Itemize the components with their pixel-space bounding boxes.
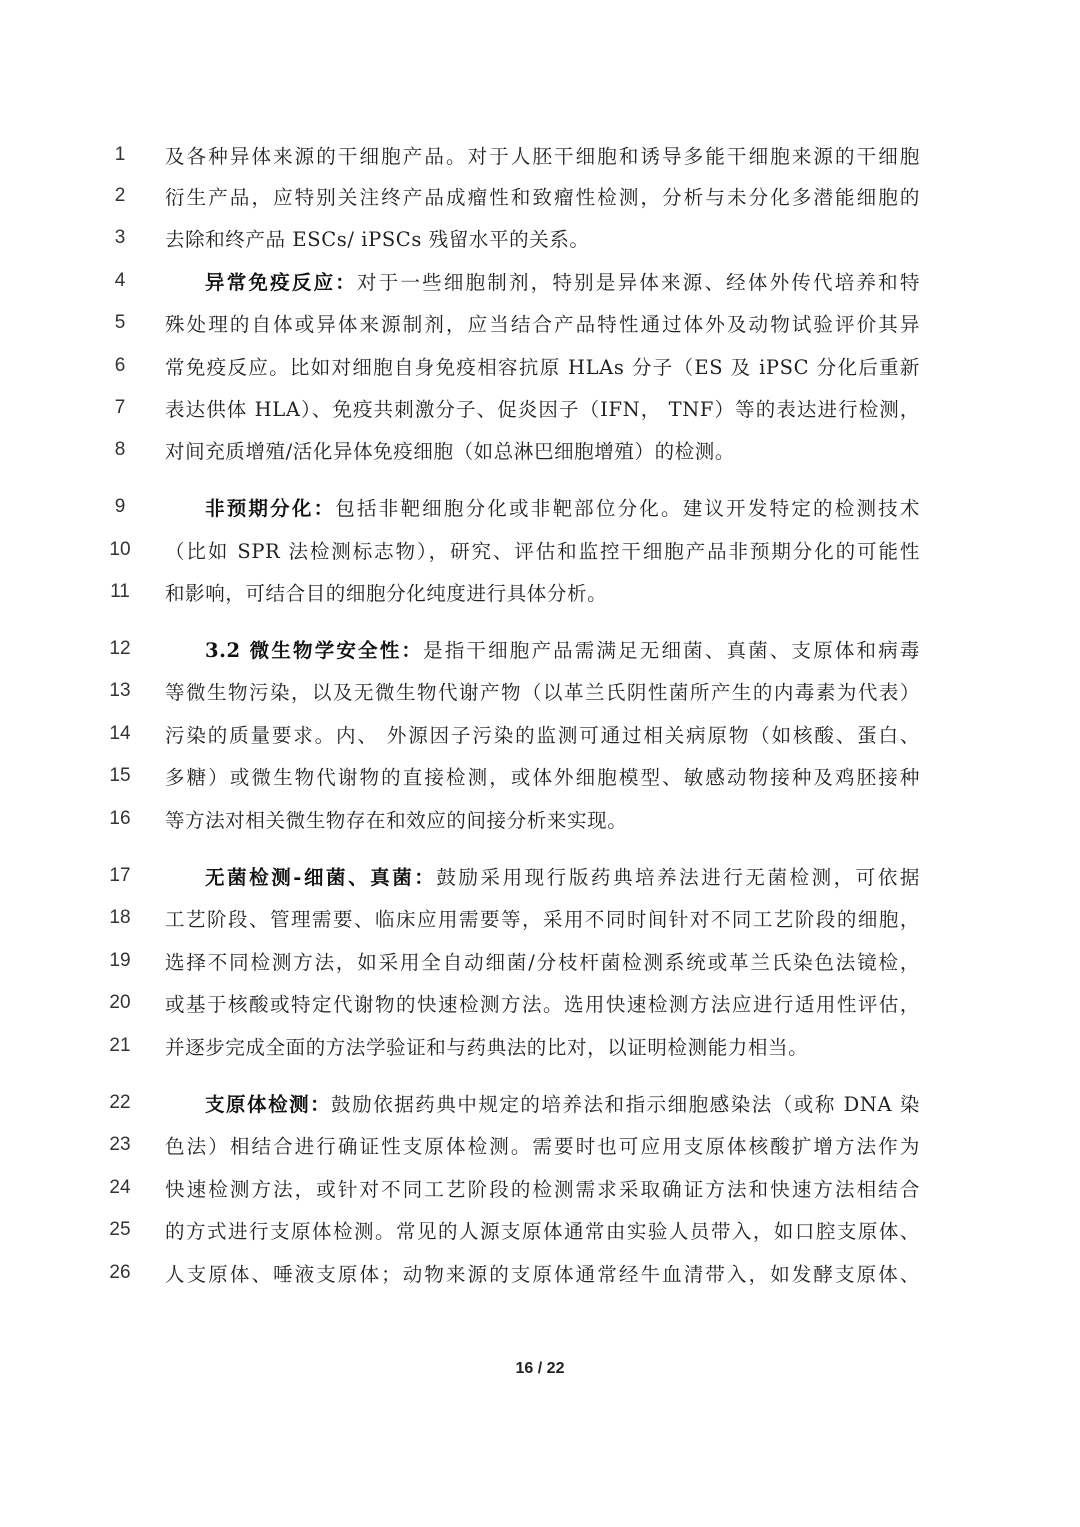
line-text: 色法）相结合进行确证性支原体检测。需要时也可应用支原体核酸扩增方法作为: [165, 1131, 920, 1159]
document-line: 18工艺阶段、管理需要、临床应用需要等，采用不同时间针对不同工艺阶段的细胞，: [0, 898, 1080, 938]
document-line: 11和影响，可结合目的细胞分化纯度进行具体分析。: [0, 572, 1080, 612]
line-content: 并逐步完成全面的方法学验证和与药典法的比对，以证明检测能力相当。: [165, 1036, 808, 1059]
line-content: 的方式进行支原体检测。常见的人源支原体通常由实验人员带入，如口腔支原体、: [165, 1220, 920, 1243]
line-text: 或基于核酸或特定代谢物的快速检测方法。选用快速检测方法应进行适用性评估，: [165, 989, 920, 1017]
line-content: 常免疫反应。比如对细胞自身免疫相容抗原 HLAs 分子（ES 及 iPSC 分化…: [165, 356, 920, 379]
line-number: 18: [100, 907, 140, 929]
line-content: 色法）相结合进行确证性支原体检测。需要时也可应用支原体核酸扩增方法作为: [165, 1135, 920, 1158]
line-number: 17: [100, 865, 140, 887]
line-text: 选择不同检测方法，如采用全自动细菌/分枝杆菌检测系统或革兰氏染色法镜检，: [165, 947, 920, 975]
line-content: 快速检测方法，或针对不同工艺阶段的检测需求采取确证方法和快速方法相结合: [165, 1178, 920, 1201]
line-number: 22: [100, 1092, 140, 1114]
line-content: 对于一些细胞制剂，特别是异体来源、经体外传代培养和特: [357, 271, 920, 294]
line-text: 快速检测方法，或针对不同工艺阶段的检测需求采取确证方法和快速方法相结合: [165, 1174, 920, 1202]
line-text: 多糖）或微生物代谢物的直接检测，或体外细胞模型、敏感动物接种及鸡胚接种: [165, 762, 920, 790]
paragraph-first-line: 非预期分化：包括非靶细胞分化或非靶部位分化。建议开发特定的检测技术: [205, 493, 920, 521]
document-line: 7表达供体 HLA）、免疫共刺激分子、促炎因子（IFN， TNF）等的表达进行检…: [0, 388, 1080, 428]
section-heading: 3.2 微生物学安全性：: [205, 639, 423, 662]
line-text: 和影响，可结合目的细胞分化纯度进行具体分析。: [165, 578, 920, 606]
line-content: 及各种异体来源的干细胞产品。对于人胚干细胞和诱导多能干细胞来源的干细胞: [165, 145, 920, 168]
line-text: 的方式进行支原体检测。常见的人源支原体通常由实验人员带入，如口腔支原体、: [165, 1216, 920, 1244]
line-content: 和影响，可结合目的细胞分化纯度进行具体分析。: [165, 582, 607, 605]
document-line: 20或基于核酸或特定代谢物的快速检测方法。选用快速检测方法应进行适用性评估，: [0, 983, 1080, 1023]
document-line: 22支原体检测：鼓励依据药典中规定的培养法和指示细胞感染法（或称 DNA 染: [0, 1083, 1080, 1123]
line-number: 2: [100, 185, 140, 207]
line-content: 鼓励采用现行版药典培养法进行无菌检测，可依据: [436, 866, 920, 889]
document-line: 9非预期分化：包括非靶细胞分化或非靶部位分化。建议开发特定的检测技术: [0, 487, 1080, 527]
line-text: 对间充质增殖/活化异体免疫细胞（如总淋巴细胞增殖）的检测。: [165, 436, 920, 464]
page-number: 16 / 22: [0, 1360, 1080, 1378]
line-content: 工艺阶段、管理需要、临床应用需要等，采用不同时间针对不同工艺阶段的细胞，: [165, 908, 920, 931]
line-text: 并逐步完成全面的方法学验证和与药典法的比对，以证明检测能力相当。: [165, 1032, 920, 1060]
line-number: 9: [100, 496, 140, 518]
line-text: 等微生物污染，以及无微生物代谢产物（以革兰氏阴性菌所产生的内毒素为代表）: [165, 677, 920, 705]
line-number: 1: [100, 144, 140, 166]
line-text: 殊处理的自体或异体来源制剂，应当结合产品特性通过体外及动物试验评价其异: [165, 309, 920, 337]
line-content: 或基于核酸或特定代谢物的快速检测方法。选用快速检测方法应进行适用性评估，: [165, 993, 920, 1016]
document-line: 16等方法对相关微生物存在和效应的间接分析来实现。: [0, 799, 1080, 839]
line-number: 8: [100, 439, 140, 461]
document-line: 21并逐步完成全面的方法学验证和与药典法的比对，以证明检测能力相当。: [0, 1026, 1080, 1066]
line-text: 污染的质量要求。内、 外源因子污染的监测可通过相关病原物（如核酸、蛋白、: [165, 720, 920, 748]
paragraph-first-line: 无菌检测-细菌、真菌：鼓励采用现行版药典培养法进行无菌检测，可依据: [205, 862, 920, 890]
line-number: 26: [100, 1262, 140, 1284]
line-number: 15: [100, 765, 140, 787]
paragraph-first-line: 支原体检测：鼓励依据药典中规定的培养法和指示细胞感染法（或称 DNA 染: [205, 1089, 920, 1117]
line-number: 10: [100, 539, 140, 561]
line-number: 4: [100, 270, 140, 292]
line-content: 多糖）或微生物代谢物的直接检测，或体外细胞模型、敏感动物接种及鸡胚接种: [165, 766, 920, 789]
line-content: （比如 SPR 法检测标志物），研究、评估和监控干细胞产品非预期分化的可能性: [165, 540, 920, 563]
document-line: 1及各种异体来源的干细胞产品。对于人胚干细胞和诱导多能干细胞来源的干细胞: [0, 135, 1080, 175]
line-number: 14: [100, 723, 140, 745]
line-number: 19: [100, 950, 140, 972]
document-line: 3去除和终产品 ESCs/ iPSCs 残留水平的关系。: [0, 218, 1080, 258]
line-text: （比如 SPR 法检测标志物），研究、评估和监控干细胞产品非预期分化的可能性: [165, 536, 920, 564]
document-line: 14污染的质量要求。内、 外源因子污染的监测可通过相关病原物（如核酸、蛋白、: [0, 714, 1080, 754]
line-number: 7: [100, 397, 140, 419]
line-number: 16: [100, 808, 140, 830]
line-content: 表达供体 HLA）、免疫共刺激分子、促炎因子（IFN， TNF）等的表达进行检测…: [165, 398, 920, 421]
section-heading: 非预期分化：: [205, 497, 335, 520]
line-text: 常免疫反应。比如对细胞自身免疫相容抗原 HLAs 分子（ES 及 iPSC 分化…: [165, 352, 920, 380]
document-line: 26人支原体、唾液支原体；动物来源的支原体通常经牛血清带入，如发酵支原体、: [0, 1253, 1080, 1293]
document-line: 24快速检测方法，或针对不同工艺阶段的检测需求采取确证方法和快速方法相结合: [0, 1168, 1080, 1208]
document-line: 17无菌检测-细菌、真菌：鼓励采用现行版药典培养法进行无菌检测，可依据: [0, 856, 1080, 896]
document-line: 10（比如 SPR 法检测标志物），研究、评估和监控干细胞产品非预期分化的可能性: [0, 530, 1080, 570]
document-line: 6常免疫反应。比如对细胞自身免疫相容抗原 HLAs 分子（ES 及 iPSC 分…: [0, 346, 1080, 386]
document-line: 25的方式进行支原体检测。常见的人源支原体通常由实验人员带入，如口腔支原体、: [0, 1210, 1080, 1250]
paragraph-first-line: 异常免疫反应：对于一些细胞制剂，特别是异体来源、经体外传代培养和特: [205, 267, 920, 295]
line-content: 是指干细胞产品需满足无细菌、真菌、支原体和病毒: [423, 639, 920, 662]
line-number: 25: [100, 1219, 140, 1241]
line-content: 鼓励依据药典中规定的培养法和指示细胞感染法（或称 DNA 染: [331, 1093, 920, 1116]
section-heading: 支原体检测：: [205, 1093, 331, 1116]
line-content: 衍生产品，应特别关注终产品成瘤性和致瘤性检测，分析与未分化多潜能细胞的: [165, 186, 920, 209]
document-line: 4异常免疫反应：对于一些细胞制剂，特别是异体来源、经体外传代培养和特: [0, 261, 1080, 301]
line-number: 11: [100, 581, 140, 603]
line-text: 衍生产品，应特别关注终产品成瘤性和致瘤性检测，分析与未分化多潜能细胞的: [165, 182, 920, 210]
document-page: 1及各种异体来源的干细胞产品。对于人胚干细胞和诱导多能干细胞来源的干细胞2衍生产…: [0, 0, 1080, 1527]
document-line: 5殊处理的自体或异体来源制剂，应当结合产品特性通过体外及动物试验评价其异: [0, 303, 1080, 343]
document-line: 23色法）相结合进行确证性支原体检测。需要时也可应用支原体核酸扩增方法作为: [0, 1125, 1080, 1165]
document-line: 2衍生产品，应特别关注终产品成瘤性和致瘤性检测，分析与未分化多潜能细胞的: [0, 176, 1080, 216]
line-content: 等微生物污染，以及无微生物代谢产物（以革兰氏阴性菌所产生的内毒素为代表）: [165, 681, 920, 704]
line-content: 选择不同检测方法，如采用全自动细菌/分枝杆菌检测系统或革兰氏染色法镜检，: [165, 951, 920, 974]
line-number: 5: [100, 312, 140, 334]
document-line: 15多糖）或微生物代谢物的直接检测，或体外细胞模型、敏感动物接种及鸡胚接种: [0, 756, 1080, 796]
line-number: 21: [100, 1035, 140, 1057]
line-content: 等方法对相关微生物存在和效应的间接分析来实现。: [165, 809, 627, 832]
line-number: 24: [100, 1177, 140, 1199]
line-content: 污染的质量要求。内、 外源因子污染的监测可通过相关病原物（如核酸、蛋白、: [165, 724, 920, 747]
line-text: 人支原体、唾液支原体；动物来源的支原体通常经牛血清带入，如发酵支原体、: [165, 1259, 920, 1287]
line-content: 殊处理的自体或异体来源制剂，应当结合产品特性通过体外及动物试验评价其异: [165, 313, 920, 336]
line-number: 12: [100, 638, 140, 660]
line-content: 对间充质增殖/活化异体免疫细胞（如总淋巴细胞增殖）的检测。: [165, 440, 735, 463]
line-text: 及各种异体来源的干细胞产品。对于人胚干细胞和诱导多能干细胞来源的干细胞: [165, 141, 920, 169]
line-text: 工艺阶段、管理需要、临床应用需要等，采用不同时间针对不同工艺阶段的细胞，: [165, 904, 920, 932]
line-number: 23: [100, 1134, 140, 1156]
line-text: 表达供体 HLA）、免疫共刺激分子、促炎因子（IFN， TNF）等的表达进行检测…: [165, 394, 920, 422]
document-line: 13等微生物污染，以及无微生物代谢产物（以革兰氏阴性菌所产生的内毒素为代表）: [0, 671, 1080, 711]
line-number: 6: [100, 355, 140, 377]
line-number: 20: [100, 992, 140, 1014]
line-content: 包括非靶细胞分化或非靶部位分化。建议开发特定的检测技术: [335, 497, 920, 520]
line-content: 去除和终产品 ESCs/ iPSCs 残留水平的关系。: [165, 228, 590, 251]
section-heading: 无菌检测-细菌、真菌：: [205, 866, 436, 889]
document-line: 19选择不同检测方法，如采用全自动细菌/分枝杆菌检测系统或革兰氏染色法镜检，: [0, 941, 1080, 981]
line-number: 3: [100, 227, 140, 249]
line-content: 人支原体、唾液支原体；动物来源的支原体通常经牛血清带入，如发酵支原体、: [165, 1263, 920, 1286]
document-line: 8对间充质增殖/活化异体免疫细胞（如总淋巴细胞增殖）的检测。: [0, 430, 1080, 470]
paragraph-first-line: 3.2 微生物学安全性：是指干细胞产品需满足无细菌、真菌、支原体和病毒: [205, 635, 920, 663]
document-line: 123.2 微生物学安全性：是指干细胞产品需满足无细菌、真菌、支原体和病毒: [0, 629, 1080, 669]
line-text: 等方法对相关微生物存在和效应的间接分析来实现。: [165, 805, 920, 833]
line-text: 去除和终产品 ESCs/ iPSCs 残留水平的关系。: [165, 224, 920, 252]
line-number: 13: [100, 680, 140, 702]
section-heading: 异常免疫反应：: [205, 271, 357, 294]
